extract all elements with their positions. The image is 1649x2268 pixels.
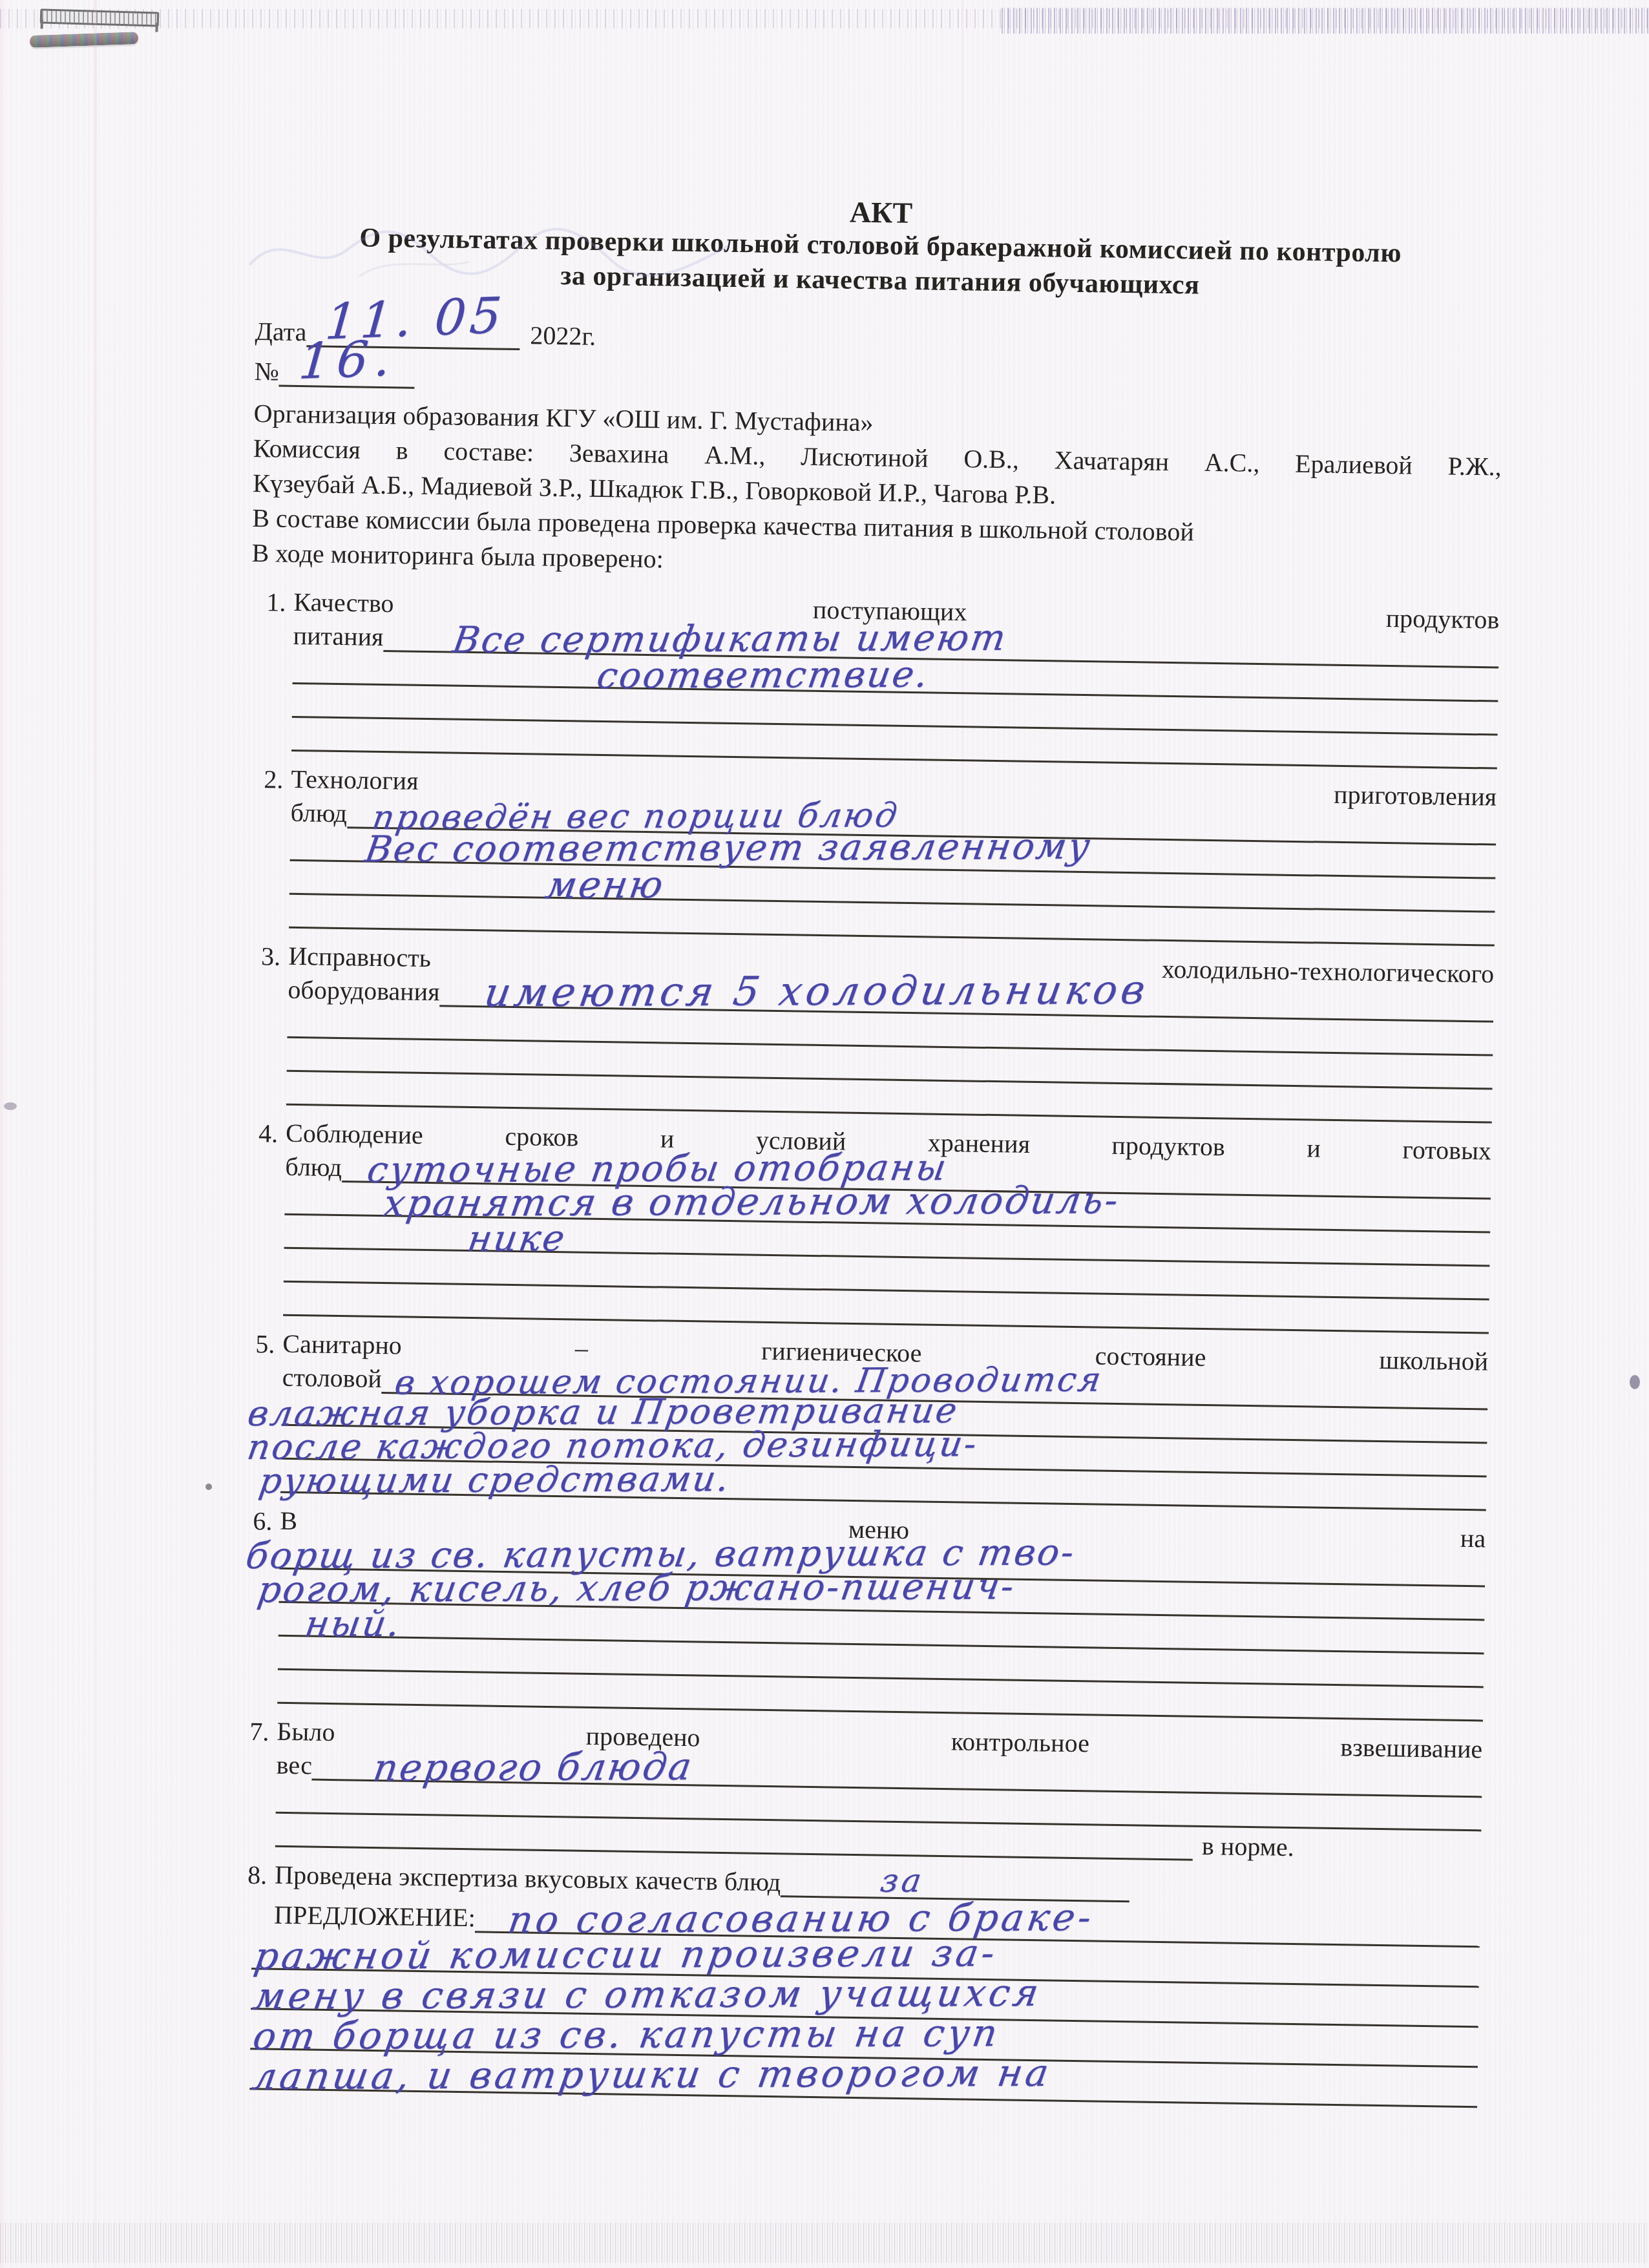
paper-speck [205,1484,212,1490]
number-handwritten-value: 16. [297,329,399,390]
number-blank-line: 16. [279,345,415,389]
handwriting-entry: лапша, и ватрушки с творогом на [249,2051,1055,2098]
item-1: 1. Качество поступающих продуктов питани… [249,583,1500,770]
staple-shadow-icon [30,32,139,48]
item-7-number: 7. [249,1716,269,1747]
handwriting-entry: за [878,1862,927,1899]
item-5: 5. Санитарно – гигиеническое состояние ш… [238,1325,1489,1511]
edge-speck [4,1102,17,1110]
scan-streak [94,0,97,2268]
item-5-number: 5. [255,1328,275,1359]
item-3-number: 3. [261,941,281,971]
item-4: 4. Соблюдение сроков и условий хранения … [240,1114,1491,1334]
item-1-number: 1. [266,587,286,617]
scanner-noise-bottom [0,2223,1649,2263]
item-2: 2. Технология приготовления блюд проведё… [246,760,1497,947]
scanner-noise-top-right [1002,8,1649,34]
scanned-document-page: АКТ О результатах проверки школьной стол… [0,0,1649,2268]
norm-note: в норме. [1193,1831,1294,1862]
item-8-number: 8. [247,1860,268,1890]
item-4-number: 4. [258,1118,278,1148]
item-2-number: 2. [264,764,284,794]
number-label: № [254,356,279,387]
item-7: 7. Было проведено контрольное взвешивани… [233,1712,1483,1865]
document-content: АКТ О результатах проверки школьной стол… [229,186,1506,2117]
date-label: Дата [255,316,306,347]
item-6-number: 6. [253,1506,273,1536]
item-3: 3. Исправность холодильно-технологическо… [244,937,1495,1124]
edge-speck [1630,1375,1640,1389]
handwriting-entry: рующими средствами. [256,1458,733,1501]
item-6: 6. В меню на борщ из св. капусты, ватруш… [235,1502,1486,1722]
item-8: 8. Проведена экспертиза вкусовых качеств… [229,1856,1480,2108]
date-year: 2022г. [520,320,596,352]
